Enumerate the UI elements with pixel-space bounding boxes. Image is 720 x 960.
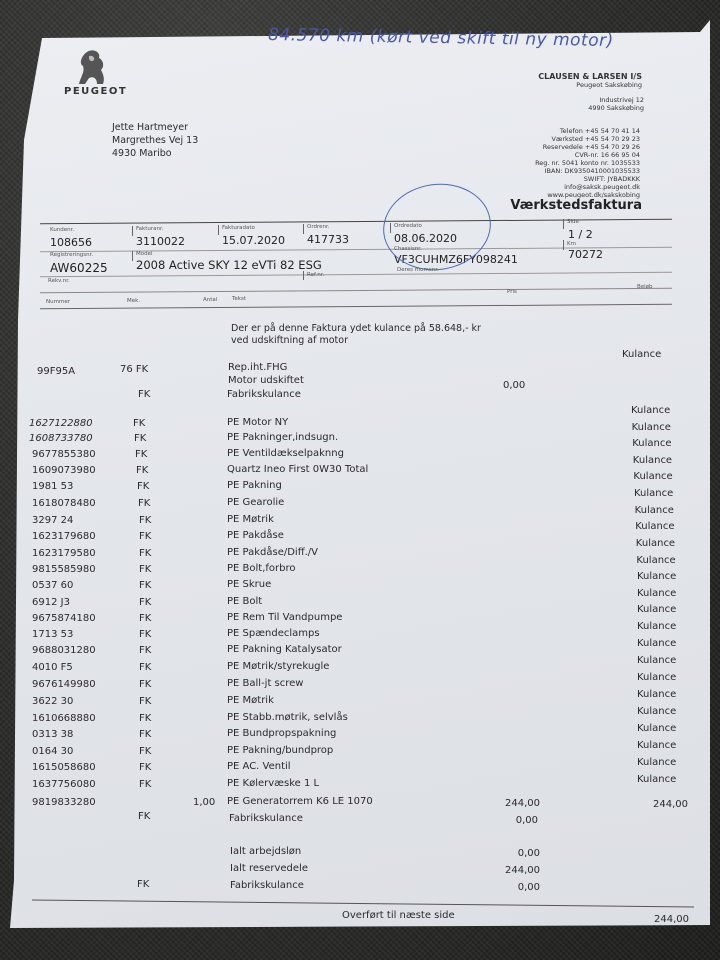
item-belob: Kulance [637, 774, 676, 785]
brand-logo-text: PEUGEOT [64, 86, 127, 97]
total-kulance-value: 0,00 [478, 882, 540, 893]
item-tekst: PE Pakning [227, 480, 282, 491]
item-mek: FK [139, 515, 151, 526]
column-nummer: Nummer [46, 299, 70, 305]
notice-line-1: Der er på denne Faktura ydet kulance på … [231, 323, 481, 334]
value-ordrenr: 417733 [307, 233, 349, 246]
contact-cvr: CVR-nr. 16 66 95 04 [535, 151, 640, 159]
item-nummer: 1618078480 [32, 498, 96, 509]
contact-swift: SWIFT: JYBADKKK [535, 175, 640, 183]
contact-phone: Telefon +45 54 70 41 14 [535, 127, 640, 135]
value-model: 2008 Active SKY 12 eVTi 82 ESG [136, 258, 322, 272]
total-reservedele-value: 244,00 [478, 865, 540, 876]
item-mek: FK [139, 679, 151, 690]
item-belob: Kulance [637, 638, 676, 649]
item-nummer: 9815585980 [32, 564, 96, 575]
column-antal: Antal [203, 297, 217, 303]
item-tekst: PE Rem Til Vandpumpe [227, 612, 342, 623]
item-belob: Kulance [637, 723, 676, 734]
item-tekst: PE Bolt,forbro [227, 563, 296, 574]
label-km: Km [567, 241, 576, 247]
item-tekst: PE Ventildækselpaknng [227, 448, 344, 459]
customer-street: Margrethes Vej 13 [112, 134, 198, 147]
value-kundenr: 108656 [50, 236, 92, 249]
value-fakturanr: 3110022 [136, 235, 185, 248]
company-address-2: 4990 Sakskøbing [588, 104, 644, 112]
item-tekst: PE Møtrik [227, 514, 274, 525]
contact-workshop: Værksted +45 54 70 29 23 [535, 135, 640, 143]
item-belob: Kulance [637, 571, 676, 582]
customer-address: Jette Hartmeyer Margrethes Vej 13 4930 M… [112, 121, 198, 160]
item-nummer: 1609073980 [32, 465, 96, 476]
item-mek: FK [139, 713, 151, 724]
item-belob: Kulance [637, 588, 676, 599]
item-mek: FK [136, 465, 148, 476]
column-belob: Beløb [637, 284, 653, 290]
field-divider [40, 272, 672, 277]
item-belob: Kulance [637, 621, 676, 632]
carry-over-value: 244,00 [654, 914, 689, 925]
item-mek: FK [134, 433, 146, 444]
field-separator [303, 271, 304, 280]
item-nummer: 9676149980 [32, 679, 96, 690]
label-fakturadato: Fakturadato [222, 225, 255, 231]
item-mek: FK [139, 696, 151, 707]
total-arbejdslon-label: Ialt arbejdsløn [230, 846, 301, 857]
lion-icon [75, 48, 109, 86]
customer-city: 4930 Maribo [112, 147, 198, 160]
item-nummer: 9688031280 [32, 645, 96, 656]
value-registreringsnr: AW60225 [50, 261, 108, 275]
field-separator [218, 225, 219, 235]
item-nummer: 1608733780 [29, 433, 93, 444]
item-tekst: PE Pakning Katalysator [227, 644, 342, 655]
item-tekst: PE Møtrik/styrekugle [227, 661, 329, 672]
column-header-top-line [40, 288, 672, 293]
item-mek: FK [139, 779, 151, 790]
handwritten-note: 84.570 km (kørt ved skift til ny motor) [268, 25, 614, 51]
item-nummer: 1610668880 [32, 713, 96, 724]
after-items-pris: 0,00 [478, 815, 538, 826]
item-nummer: 1981 53 [32, 481, 73, 492]
column-tekst: Tekst [232, 296, 246, 302]
item-tekst: PE Pakning/bundprop [227, 745, 333, 756]
item-mek: FK [139, 597, 151, 608]
value-side: 1 / 2 [568, 228, 593, 241]
job-sub-mek: FK [138, 389, 150, 400]
item-tekst: PE Pakdåse/Diff./V [227, 547, 318, 558]
job-mek: 76 FK [120, 364, 148, 375]
item-nummer: 1713 53 [32, 629, 73, 640]
item-belob: Kulance [636, 538, 675, 549]
item-nummer: 1637756080 [32, 779, 96, 790]
item-belob: Kulance [637, 672, 676, 683]
contact-iban: IBAN: DK9350410001035533 [535, 167, 640, 175]
job-belob: Kulance [622, 349, 661, 360]
item-belob: Kulance [633, 455, 672, 466]
label-side: Side [567, 219, 579, 225]
item-nummer: 9677855380 [32, 449, 96, 460]
job-tekst-1: Rep.iht.FHG [228, 362, 287, 373]
item-mek: FK [139, 746, 151, 757]
label-refnr: Ref.nr. [307, 272, 324, 278]
item-nummer: 4010 F5 [32, 662, 73, 673]
item-belob: Kulance [635, 521, 674, 532]
contact-email[interactable]: info@saksk.peugeot.dk [535, 183, 640, 191]
label-ordrenr: Ordrenr. [307, 224, 330, 230]
total-arbejdslon-value: 0,00 [478, 848, 540, 859]
company-name: CLAUSEN & LARSEN I/S [538, 72, 642, 81]
item-tekst: Quartz Ineo First 0W30 Total [227, 464, 368, 475]
item-mek: FK [139, 645, 151, 656]
item-nummer: 1627122880 [29, 418, 93, 429]
customer-name: Jette Hartmeyer [112, 121, 198, 134]
item-belob: Kulance [634, 488, 673, 499]
field-separator [132, 226, 133, 236]
column-pris: Pris [507, 289, 517, 295]
item-tekst: PE Skrue [227, 579, 271, 590]
item-antal: 1,00 [193, 797, 215, 808]
item-belob: Kulance [637, 655, 676, 666]
item-belob: Kulance [636, 555, 675, 566]
item-tekst: PE Spændeclamps [227, 628, 320, 639]
value-km: 70272 [568, 248, 603, 261]
item-tekst: PE Bolt [227, 596, 262, 607]
item-tekst: PE Stabb.møtrik, selvlås [227, 712, 348, 723]
item-tekst: PE Bundpropspakning [227, 728, 336, 739]
item-tekst: PE Møtrik [227, 695, 274, 706]
item-mek: FK [139, 762, 151, 773]
item-belob: Kulance [632, 422, 671, 433]
notice-line-2: ved udskiftning af motor [231, 335, 348, 346]
item-tekst: PE Pakninger,indsugn. [227, 432, 338, 443]
job-nummer: 99F95A [37, 366, 75, 377]
item-nummer: 1615058680 [32, 762, 96, 773]
field-separator [563, 219, 564, 229]
item-belob: Kulance [637, 757, 676, 768]
item-pris: 244,00 [478, 798, 540, 809]
label-registreringsnr: Registreringsnr. [50, 252, 93, 258]
label-fakturanr: Fakturanr. [136, 226, 163, 232]
item-nummer: 9819833280 [32, 797, 96, 808]
column-header-bottom-line [40, 304, 672, 309]
item-nummer: 0164 30 [32, 746, 73, 757]
job-pris: 0,00 [503, 380, 525, 391]
item-belob: Kulance [631, 405, 670, 416]
item-belob: Kulance [633, 471, 672, 482]
item-tekst: PE Gearolie [227, 497, 284, 508]
invoice-document: 84.570 km (kørt ved skift til ny motor) … [0, 0, 720, 960]
item-mek: FK [135, 449, 147, 460]
item-mek: FK [139, 629, 151, 640]
item-belob: Kulance [632, 438, 671, 449]
total-kulance-label: Fabrikskulance [230, 880, 304, 891]
value-fakturadato: 15.07.2020 [222, 234, 285, 247]
company-subtitle: Peugeot Sakskøbing [576, 81, 642, 89]
footer-divider [32, 900, 694, 908]
item-belob: Kulance [637, 689, 676, 700]
item-mek: FK [139, 531, 151, 542]
label-rekvnr: Rekv.nr. [48, 278, 70, 284]
total-kulance-mek: FK [137, 879, 149, 890]
company-address-1: Industrivej 12 [599, 96, 644, 104]
field-separator [132, 251, 133, 261]
field-separator [563, 240, 564, 250]
after-items-mek: FK [138, 811, 150, 822]
item-belob: Kulance [637, 604, 676, 615]
item-belob: Kulance [637, 740, 676, 751]
item-nummer: 3622 30 [32, 696, 73, 707]
item-mek: FK [139, 564, 151, 575]
company-contact: Telefon +45 54 70 41 14 Værksted +45 54 … [535, 127, 640, 199]
item-tekst: PE AC. Ventil [227, 761, 291, 772]
item-tekst: PE Kølervæske 1 L [227, 778, 319, 789]
item-mek: FK [139, 662, 151, 673]
item-mek: FK [139, 580, 151, 591]
item-tekst: PE Ball-jt screw [227, 678, 304, 689]
item-nummer: 0537 60 [32, 580, 73, 591]
document-title: Værkstedsfaktura [510, 198, 642, 213]
contact-reg: Reg. nr. 5041 konto nr. 1035533 [535, 159, 640, 167]
item-belob: Kulance [635, 505, 674, 516]
item-mek: FK [138, 498, 150, 509]
item-mek: FK [139, 613, 151, 624]
item-nummer: 3297 24 [32, 515, 73, 526]
column-mek: Mek. [127, 298, 140, 304]
job-sub-tekst: Fabrikskulance [227, 389, 301, 400]
item-nummer: 9675874180 [32, 613, 96, 624]
item-mek: FK [137, 481, 149, 492]
item-belob: Kulance [637, 706, 676, 717]
item-tekst: PE Generatorrem K6 LE 1070 [227, 796, 373, 807]
contact-parts: Reservedele +45 54 70 29 26 [535, 143, 640, 151]
item-mek: FK [139, 548, 151, 559]
after-items-tekst: Fabrikskulance [229, 813, 303, 824]
item-nummer: 0313 38 [32, 729, 73, 740]
label-model: Model [136, 251, 153, 257]
total-reservedele-label: Ialt reservedele [230, 863, 308, 874]
job-tekst-2: Motor udskiftet [228, 375, 304, 386]
item-nummer: 6912 J3 [32, 597, 70, 608]
item-mek: FK [133, 418, 145, 429]
item-tekst: PE Pakdåse [227, 530, 284, 541]
item-nummer: 1623179580 [32, 548, 96, 559]
label-kundenr: Kundenr. [50, 227, 74, 233]
item-mek: FK [139, 729, 151, 740]
field-separator [303, 224, 304, 234]
item-tekst: PE Motor NY [227, 417, 288, 428]
item-nummer: 1623179680 [32, 531, 96, 542]
carry-over-label: Overført til næste side [342, 910, 455, 921]
item-belob: 244,00 [628, 799, 688, 810]
